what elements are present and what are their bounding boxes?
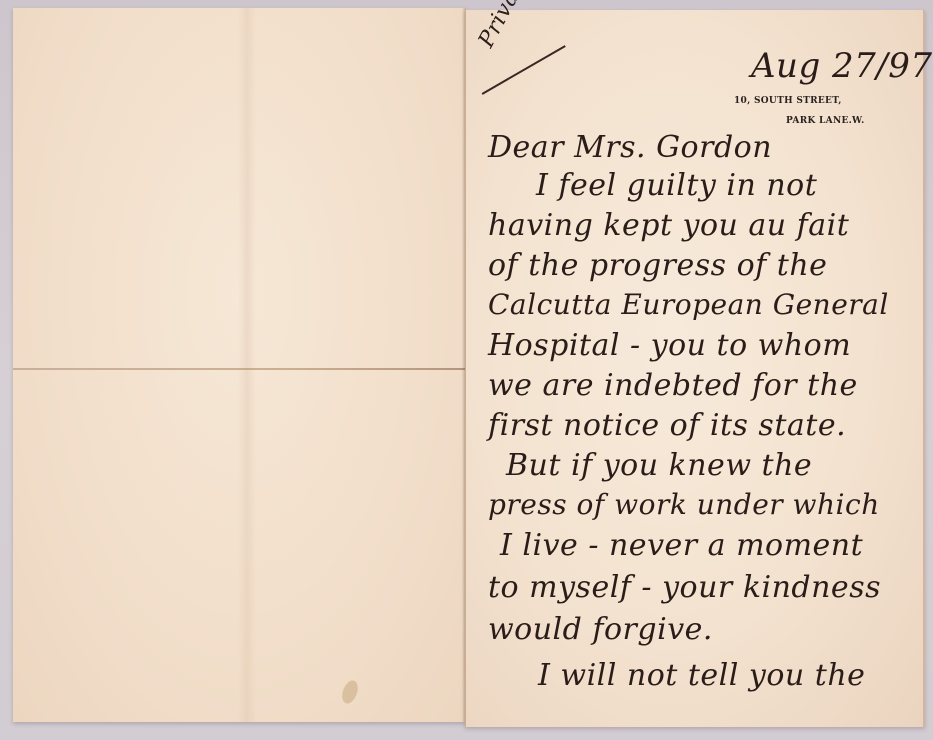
letter-line: having kept you au fait (488, 208, 849, 243)
vertical-fold-crease (238, 8, 256, 722)
letter-line: would forgive. (488, 612, 713, 647)
letter-line: to myself - your kindness (488, 570, 881, 605)
letter-date: Aug 27/97 (751, 46, 933, 86)
letter-line: I will not tell you the (538, 658, 865, 693)
paper-stain (339, 678, 360, 705)
letterhead-area: PARK LANE.W. (786, 116, 865, 126)
letter-line: Hospital - you to whom (488, 328, 851, 363)
letter-line: I feel guilty in not (536, 168, 817, 203)
left-page (13, 8, 466, 722)
salutation: Dear Mrs. Gordon (488, 130, 772, 165)
private-annotation: Private (474, 0, 535, 52)
letter-line: I live - never a moment (500, 528, 863, 563)
letter-line: Calcutta European General (488, 288, 889, 321)
horizontal-fold-crease (13, 368, 466, 370)
letter-line: But if you knew the (506, 448, 812, 483)
letter-line: press of work under which (488, 488, 880, 521)
right-page-letter: Private Aug 27/97 10, SOUTH STREET, PARK… (465, 10, 925, 727)
letter-line: first notice of its state. (488, 408, 846, 443)
letterhead-street: 10, SOUTH STREET, (734, 96, 842, 106)
letter-line: we are indebted for the (488, 368, 858, 403)
private-underline (482, 45, 566, 94)
letter-line: of the progress of the (488, 248, 827, 283)
